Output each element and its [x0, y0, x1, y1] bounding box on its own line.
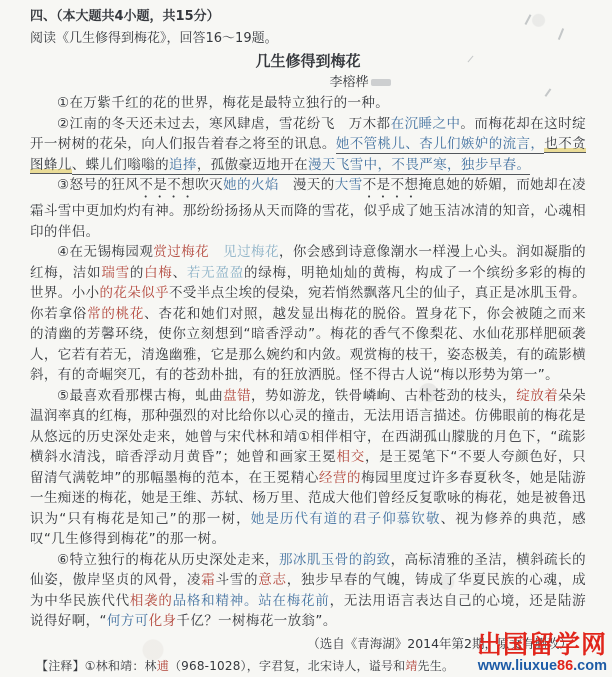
text-segment: ，势如游龙，铁骨嶙峋、古朴苍劲的枝头， [251, 388, 516, 404]
text-segment: 不是不想 [363, 177, 419, 193]
text-segment: 的花朵似乎 [100, 285, 170, 301]
page-content: 四、（本大题共4小题，共15分） 阅读《几生修得到梅花》，回答16～19题。 几… [0, 0, 612, 676]
text-segment: 见过梅花 [223, 244, 279, 260]
text-segment: 斗雪的 [215, 572, 258, 588]
text-segment: 她不管桃儿、杏儿们嫉妒的流言， [336, 136, 545, 154]
reading-instruction: 阅读《几生修得到梅花》，回答16～19题。 [30, 28, 586, 50]
text-segment: 若无盈盈 [187, 265, 244, 281]
text-segment: 她的火焰 [223, 177, 279, 193]
text-segment: 逋 [157, 659, 169, 673]
text-segment: 靖 [405, 659, 417, 673]
text-segment: 漫天的 [279, 177, 335, 193]
text-segment: 盘错 [223, 388, 251, 404]
text-segment: 常的桃花 [87, 306, 144, 322]
text-segment: 何方可 [107, 613, 149, 629]
article-author: 李榕桦 [329, 75, 368, 90]
text-segment: 霜 [201, 572, 215, 588]
watermark-url-suffix: .com [573, 658, 607, 674]
paragraph-5: ⑤最喜欢看那棵古梅，虬曲盘错，势如游龙，铁骨嶙峋、古朴苍劲的枝头，绽放着朵朵温润… [30, 386, 586, 550]
section-heading: 四、（本大题共4小题，共15分） [30, 6, 586, 28]
text-segment: 品格和精神。站在梅花前 [173, 593, 330, 609]
text-segment: 相交 [336, 449, 364, 465]
watermark-url-number: 86 [557, 658, 573, 674]
watermark-url: www.liuxue86.com [477, 659, 607, 674]
text-segment: 她是历代有道的君子仰慕钦敬 [251, 511, 441, 527]
text-segment: 意志 [258, 572, 287, 588]
paragraph-6: ⑥特立独行的梅花从历史深处走来，那冰肌玉骨的韵致，高标清雅的圣洁，横斜疏长的仙姿… [30, 550, 586, 632]
text-segment: 绽放着 [516, 388, 558, 404]
text-segment: ③怒号的狂风 [57, 177, 139, 193]
text-segment: 赏过梅花 [153, 244, 209, 260]
text-segment: 不是不想 [139, 177, 195, 193]
text-segment: ⑥特立独行的梅花从历史深处走来， [57, 552, 279, 568]
text-segment: 在沉睡之中 [391, 116, 461, 132]
watermark-url-prefix: www.liuxue [478, 658, 557, 674]
text-segment: ④在无锡梅园观 [57, 244, 153, 260]
text-segment: 、蝶儿们嗡嗡的 [72, 157, 169, 175]
text-segment: 的 [130, 265, 144, 281]
article-author-row: 李榕桦 [82, 72, 612, 93]
text-segment [209, 244, 223, 260]
text-segment: 瑞雪 [101, 265, 130, 281]
text-segment: （968-1028），字君复，北宋诗人，谥号和 [169, 659, 405, 673]
paragraph-2: ②江南的冬天还未过去，寒风肆虐，雪花纷飞 万木都在沉睡之中。而梅花却在这时绽开一… [30, 114, 586, 176]
text-segment: ⑤最喜欢看那棵古梅，虬曲 [57, 388, 223, 404]
text-segment: 千亿？一树梅花一放翁”。 [176, 613, 336, 629]
text-segment: 漫天飞雪中，不畏严寒，独步早春。 [308, 157, 530, 175]
text-segment: 那冰肌玉骨的韵致 [279, 552, 391, 568]
paragraph-4: ④在无锡梅园观赏过梅花 见过梅花，你会感到诗意像潮水一样漫上心头。润如凝脂的红梅… [30, 242, 586, 386]
scanned-exam-page: 四、（本大题共4小题，共15分） 阅读《几生修得到梅花》，回答16～19题。 几… [0, 0, 612, 677]
text-segment: 【注释】①林和靖：林 [36, 659, 157, 673]
paragraph-1: ①在万紫千红的花的世界，梅花是最特立独行的一种。 [30, 93, 586, 114]
ink-smudge [371, 79, 391, 86]
article-title: 几生修得到梅花 [30, 50, 586, 72]
text-segment: ②江南的冬天还未过去，寒风肆虐，雪花纷飞 万木都 [57, 116, 391, 132]
text-segment: 相袭的 [130, 593, 173, 609]
text-segment: 化身 [149, 613, 177, 629]
watermark: 出国留学网 www.liuxue86.com [477, 633, 607, 674]
text-segment: ，孤傲豪迈地开在 [197, 157, 308, 175]
text-segment: 大雪 [335, 177, 363, 193]
text-segment: 、 [173, 265, 187, 281]
text-segment: 吹灭 [195, 177, 223, 193]
text-segment: 白梅 [144, 265, 173, 281]
text-segment: 经营的 [319, 470, 361, 486]
text-segment: 追捧 [169, 157, 197, 175]
watermark-site-name: 出国留学网 [477, 633, 607, 659]
paragraph-3: ③怒号的狂风不是不想吹灭她的火焰 漫天的大雪不是不想掩息她的娇媚，而她却在凌霜斗… [30, 175, 586, 242]
text-segment: 先生。 [418, 659, 455, 673]
text-segment: ①在万紫千红的花的世界，梅花是最特立独行的一种。 [57, 95, 389, 111]
